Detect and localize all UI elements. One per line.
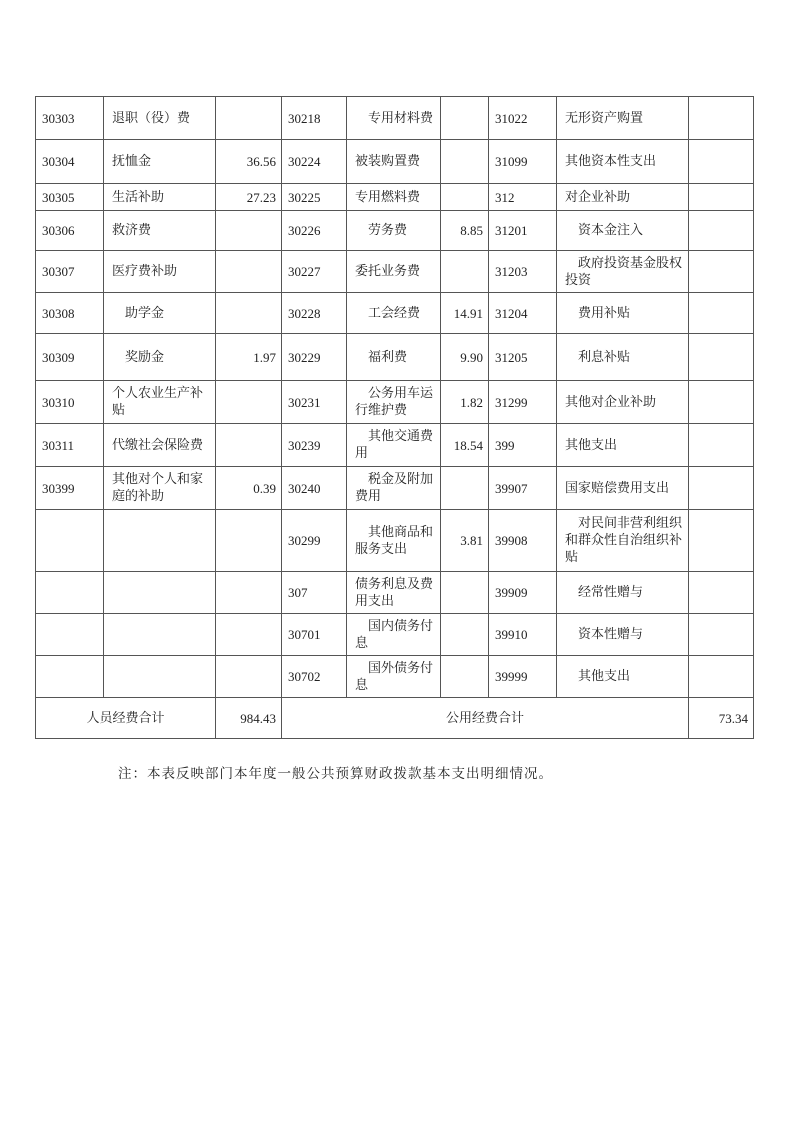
item-code: 39909	[489, 572, 557, 614]
item-name: 国外债务付息	[347, 656, 441, 698]
table-row: 30299 其他商品和服务支出3.8139908 对民间非营利组织和群众性自治组…	[36, 510, 754, 572]
item-code: 30226	[282, 211, 347, 251]
item-amount	[441, 467, 489, 510]
item-amount	[441, 251, 489, 293]
item-name: 奖励金	[104, 334, 216, 381]
item-name: 代缴社会保险费	[104, 424, 216, 467]
item-code: 30304	[36, 140, 104, 184]
table-body: 30303退职（役）费30218 专用材料费31022无形资产购置30304抚恤…	[36, 97, 754, 739]
item-code: 31022	[489, 97, 557, 140]
item-code	[36, 656, 104, 698]
totals-row: 人员经费合计 984.43 公用经费合计 73.34	[36, 698, 754, 739]
item-name	[104, 656, 216, 698]
item-name: 其他商品和服务支出	[347, 510, 441, 572]
item-code: 30702	[282, 656, 347, 698]
item-code: 30399	[36, 467, 104, 510]
item-amount	[689, 97, 754, 140]
item-amount	[689, 467, 754, 510]
public-total-value: 73.34	[689, 698, 754, 739]
item-code: 30299	[282, 510, 347, 572]
item-name: 救济费	[104, 211, 216, 251]
item-name: 债务利息及费用支出	[347, 572, 441, 614]
item-code: 30239	[282, 424, 347, 467]
item-amount: 14.91	[441, 293, 489, 334]
item-name: 专用燃料费	[347, 184, 441, 211]
item-amount	[441, 572, 489, 614]
table-row: 30306救济费30226 劳务费8.8531201 资本金注入	[36, 211, 754, 251]
item-amount	[689, 211, 754, 251]
item-amount	[216, 251, 282, 293]
item-code	[36, 572, 104, 614]
item-code: 30218	[282, 97, 347, 140]
item-name: 福利费	[347, 334, 441, 381]
item-name: 其他交通费用	[347, 424, 441, 467]
item-code: 30303	[36, 97, 104, 140]
item-name: 无形资产购置	[557, 97, 689, 140]
item-amount	[216, 614, 282, 656]
item-name: 退职（役）费	[104, 97, 216, 140]
item-name: 费用补贴	[557, 293, 689, 334]
item-code: 31203	[489, 251, 557, 293]
item-amount	[441, 614, 489, 656]
item-amount	[216, 510, 282, 572]
item-name: 个人农业生产补贴	[104, 381, 216, 424]
item-amount	[689, 381, 754, 424]
item-code: 30307	[36, 251, 104, 293]
item-code: 31204	[489, 293, 557, 334]
table-row: 30702 国外债务付息39999 其他支出	[36, 656, 754, 698]
item-amount	[689, 424, 754, 467]
item-code: 30701	[282, 614, 347, 656]
item-name: 资本金注入	[557, 211, 689, 251]
item-code: 39999	[489, 656, 557, 698]
item-name: 政府投资基金股权投资	[557, 251, 689, 293]
item-code: 31201	[489, 211, 557, 251]
item-name: 其他对企业补助	[557, 381, 689, 424]
item-name: 经常性赠与	[557, 572, 689, 614]
item-name: 公务用车运行维护费	[347, 381, 441, 424]
item-amount: 9.90	[441, 334, 489, 381]
item-amount	[216, 381, 282, 424]
item-amount	[441, 97, 489, 140]
item-name: 抚恤金	[104, 140, 216, 184]
item-amount	[689, 140, 754, 184]
item-amount	[689, 656, 754, 698]
item-amount	[441, 140, 489, 184]
item-amount	[441, 184, 489, 211]
item-code: 31205	[489, 334, 557, 381]
item-code: 39910	[489, 614, 557, 656]
table-row: 30307医疗费补助30227委托业务费31203 政府投资基金股权投资	[36, 251, 754, 293]
item-amount	[216, 424, 282, 467]
item-amount	[216, 211, 282, 251]
item-code: 30311	[36, 424, 104, 467]
table-row: 30310个人农业生产补贴30231 公务用车运行维护费1.8231299其他对…	[36, 381, 754, 424]
table-row: 30309 奖励金1.9730229 福利费9.9031205 利息补贴	[36, 334, 754, 381]
item-code: 30309	[36, 334, 104, 381]
table-row: 30308 助学金30228 工会经费14.9131204 费用补贴	[36, 293, 754, 334]
item-name: 委托业务费	[347, 251, 441, 293]
item-code: 30240	[282, 467, 347, 510]
item-name: 税金及附加费用	[347, 467, 441, 510]
item-amount	[441, 656, 489, 698]
item-code: 307	[282, 572, 347, 614]
table-row: 30303退职（役）费30218 专用材料费31022无形资产购置	[36, 97, 754, 140]
item-name: 医疗费补助	[104, 251, 216, 293]
item-amount: 0.39	[216, 467, 282, 510]
table-row: 30304抚恤金36.5630224被装购置费31099其他资本性支出	[36, 140, 754, 184]
item-name	[104, 614, 216, 656]
item-code: 30224	[282, 140, 347, 184]
item-amount	[689, 614, 754, 656]
personnel-total-value: 984.43	[216, 698, 282, 739]
personnel-total-label: 人员经费合计	[36, 698, 216, 739]
item-name: 资本性赠与	[557, 614, 689, 656]
item-name: 其他支出	[557, 656, 689, 698]
item-name: 助学金	[104, 293, 216, 334]
item-code: 30225	[282, 184, 347, 211]
item-code: 39908	[489, 510, 557, 572]
item-amount	[689, 293, 754, 334]
item-amount: 1.82	[441, 381, 489, 424]
item-name: 工会经费	[347, 293, 441, 334]
item-code: 31099	[489, 140, 557, 184]
item-name: 国内债务付息	[347, 614, 441, 656]
item-code: 31299	[489, 381, 557, 424]
item-amount	[216, 97, 282, 140]
item-name	[104, 510, 216, 572]
item-name	[104, 572, 216, 614]
item-amount: 1.97	[216, 334, 282, 381]
item-code	[36, 510, 104, 572]
item-amount	[689, 334, 754, 381]
item-code: 30306	[36, 211, 104, 251]
table-row: 30701 国内债务付息39910 资本性赠与	[36, 614, 754, 656]
item-name: 其他支出	[557, 424, 689, 467]
item-code: 30228	[282, 293, 347, 334]
item-amount	[689, 184, 754, 211]
item-amount	[689, 510, 754, 572]
item-name: 对民间非营利组织和群众性自治组织补贴	[557, 510, 689, 572]
table-row: 30311代缴社会保险费30239 其他交通费用18.54399其他支出	[36, 424, 754, 467]
item-amount	[216, 293, 282, 334]
item-code: 30310	[36, 381, 104, 424]
item-name: 专用材料费	[347, 97, 441, 140]
item-amount	[216, 572, 282, 614]
item-amount: 36.56	[216, 140, 282, 184]
table-row: 307债务利息及费用支出39909 经常性赠与	[36, 572, 754, 614]
item-code: 30227	[282, 251, 347, 293]
item-name: 国家赔偿费用支出	[557, 467, 689, 510]
item-name: 其他对个人和家庭的补助	[104, 467, 216, 510]
item-code: 30308	[36, 293, 104, 334]
item-code: 30305	[36, 184, 104, 211]
table-row: 30305生活补助27.2330225专用燃料费312对企业补助	[36, 184, 754, 211]
item-name: 对企业补助	[557, 184, 689, 211]
item-amount: 3.81	[441, 510, 489, 572]
item-code: 39907	[489, 467, 557, 510]
item-amount	[216, 656, 282, 698]
item-name: 利息补贴	[557, 334, 689, 381]
public-total-label: 公用经费合计	[282, 698, 689, 739]
item-amount	[689, 572, 754, 614]
item-amount: 27.23	[216, 184, 282, 211]
item-name: 被装购置费	[347, 140, 441, 184]
item-name: 其他资本性支出	[557, 140, 689, 184]
item-code: 312	[489, 184, 557, 211]
item-code: 399	[489, 424, 557, 467]
table-row: 30399其他对个人和家庭的补助0.3930240 税金及附加费用39907国家…	[36, 467, 754, 510]
item-code	[36, 614, 104, 656]
item-amount	[689, 251, 754, 293]
expenditure-detail-table: 30303退职（役）费30218 专用材料费31022无形资产购置30304抚恤…	[35, 96, 754, 739]
item-name: 生活补助	[104, 184, 216, 211]
footnote: 注：本表反映部门本年度一般公共预算财政拨款基本支出明细情况。	[118, 762, 553, 782]
item-code: 30229	[282, 334, 347, 381]
item-name: 劳务费	[347, 211, 441, 251]
item-amount: 8.85	[441, 211, 489, 251]
item-code: 30231	[282, 381, 347, 424]
item-amount: 18.54	[441, 424, 489, 467]
